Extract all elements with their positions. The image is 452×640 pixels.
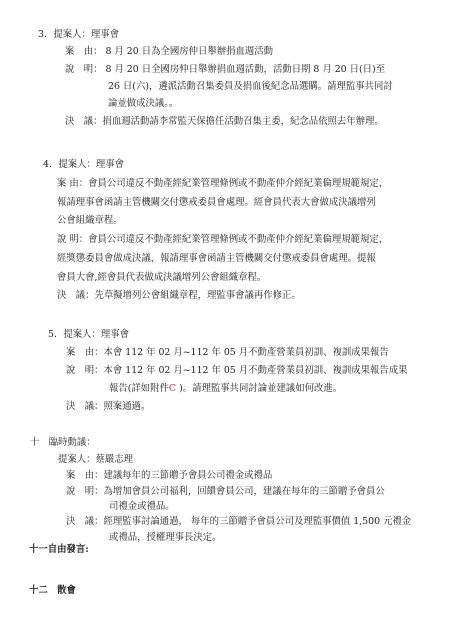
section11-heading: 十一自由發言: [29,544,89,556]
section10-resolution-line2: 或禮品，授權理事長決定。 [109,532,222,544]
section12-heading: 十二 散會 [29,585,76,597]
section10-reason: 案 由：建議每年的三節贈予會員公司禮金或禮品 [66,470,272,482]
document-line: 決 議：先草擬增列公會組織章程，理監事會議再作修正。 [57,290,301,302]
section10-proposer: 提案人：蔡嚴志理 [58,454,133,466]
document-line: 26 日(六)，遴派活動召集委員及捐血後紀念品選購。請理監事共同討 [108,81,393,93]
document-line: 案 由： 8 月 20 日為全國房仲日舉辦捐血週活動 [65,46,273,58]
document-line: 說 明： 8 月 20 日全國房仲日舉辦捐血週活動，活動日期 8 月 20 日(… [65,64,385,76]
item5-resolution: 決 議：照案通過。 [66,401,150,413]
document-line: 會員大會,經會員代表做成決議增列公會組織章程。 [57,272,266,284]
section10-desc-line1: 說 明：為增加會員公司福利，回饋會員公司，建議在每年的三節贈予會員公 [66,486,385,498]
document-line: 3．提案人：理事會 [38,29,119,41]
section10-heading: 十 臨時動議： [30,437,96,449]
item5-desc-prefix: 報告(詳如附件 [109,383,169,394]
item5-desc-suffix: )。請理監事共同討論並建議如何改進。 [176,383,342,394]
item5-title: 5．提案人：理事會 [48,329,129,341]
section10-resolution-line1: 決 議：經理監事討論通過， 每年的三節贈予會員公司及理監事價值 1,500 元禮… [66,516,411,528]
document-line: 案 由：會員公司違反不動產經紀業管理條例或不動產仲介經紀業倫理規範規定， [57,178,388,190]
section10-desc-line2: 司禮金或禮品。 [109,501,175,513]
item5-reason: 案 由：本會 112 年 02 月~112 年 05 月不動產營業員初訓、複訓成… [66,347,389,359]
item5-desc-line2: 報告(詳如附件C )。請理監事共同討論並建議如何改進。 [109,383,342,395]
document-line: 經獎懲委員會做成決議，報請理事會函請主管機關交付懲戒委員會處理。提報 [57,253,376,265]
document-line: 報請理事會函請主管機關交付懲戒委員會處理。經會員代表大會做成決議增列 [57,197,376,209]
document-line: 論並做成決議。。 [108,98,178,110]
document-line: 4．提案人：理事會 [43,159,124,171]
document-line: 決 議：捐血週活動請李常監天保擔任活動召集主委，紀念品依照去年辦理。 [65,116,384,128]
document-line: 公會組織章程。 [57,215,123,227]
item5-desc-line1: 說 明：本會 112 年 02 月~112 年 05 月不動產營業員初訓、複訓成… [66,365,408,377]
document-line: 說 明：會員公司違反不動產經紀業管理條例或不動產仲介經紀業倫理規範規定， [57,234,388,246]
